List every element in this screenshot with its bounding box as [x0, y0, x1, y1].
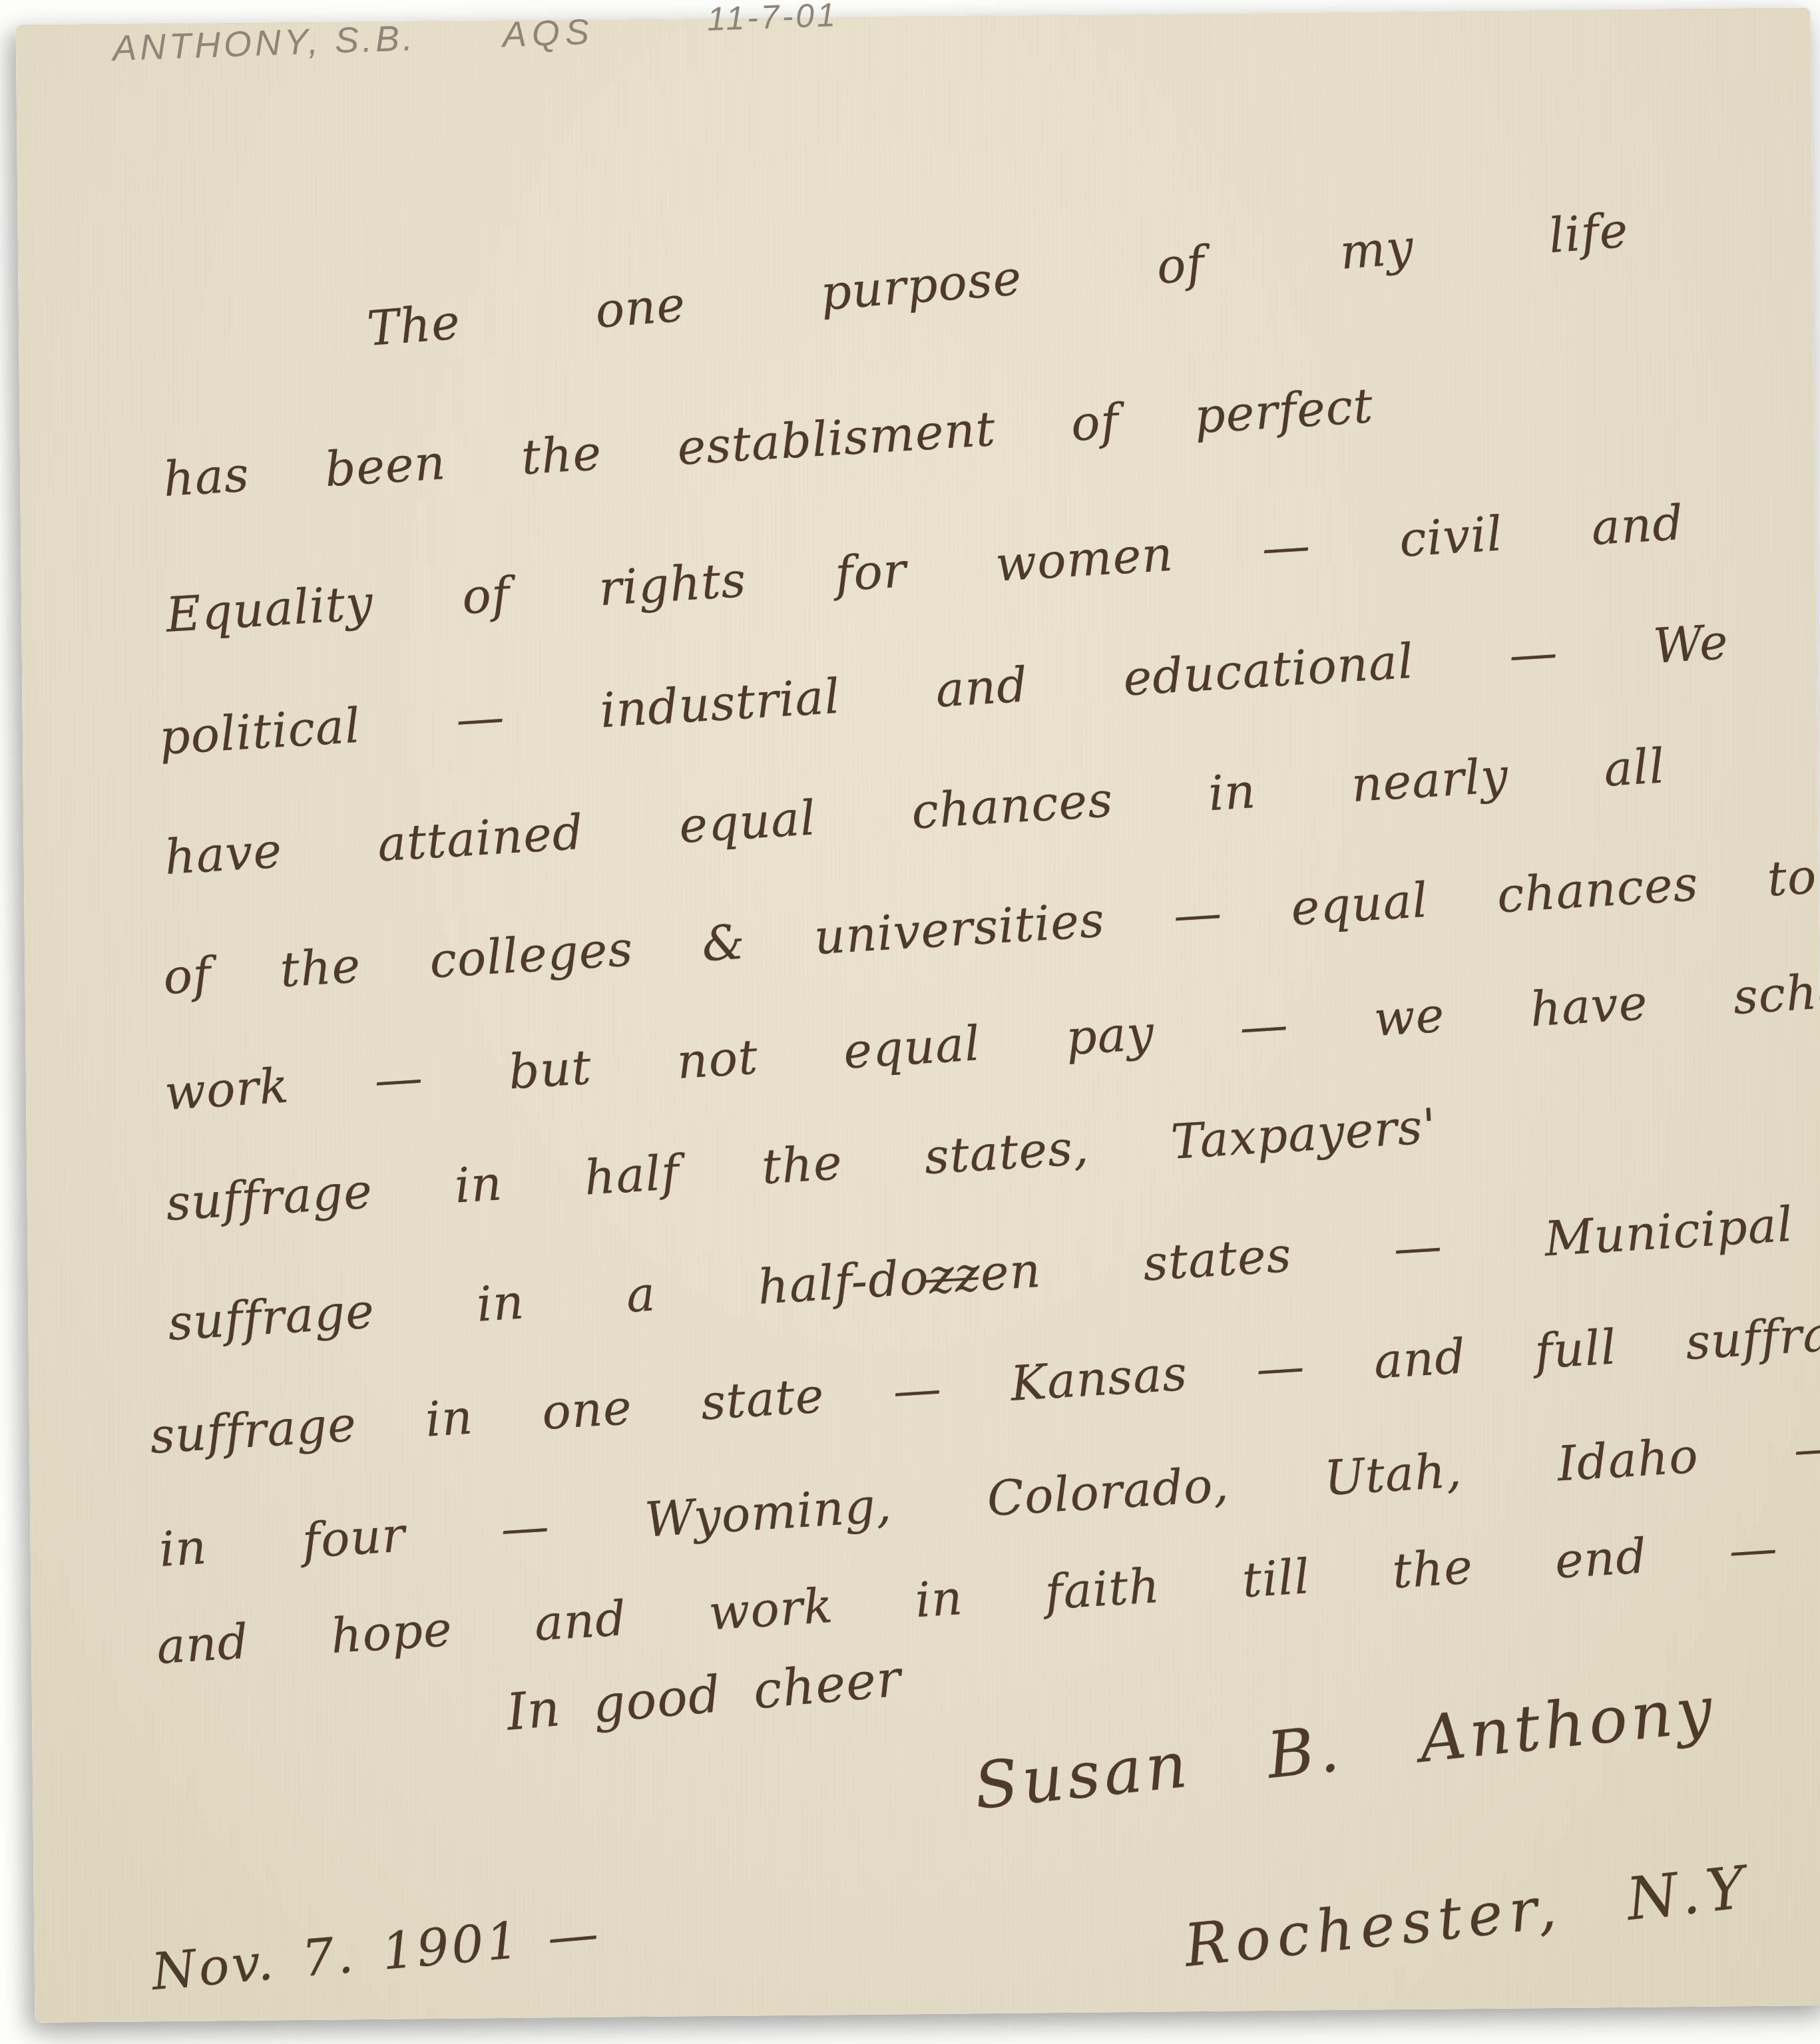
photo-background: ANTHONY, S.B.AQS11-7-01 The one purpose …: [0, 0, 1820, 2044]
catalog-date: 11-7-01: [706, 0, 838, 38]
catalog-code: AQS: [502, 12, 595, 55]
